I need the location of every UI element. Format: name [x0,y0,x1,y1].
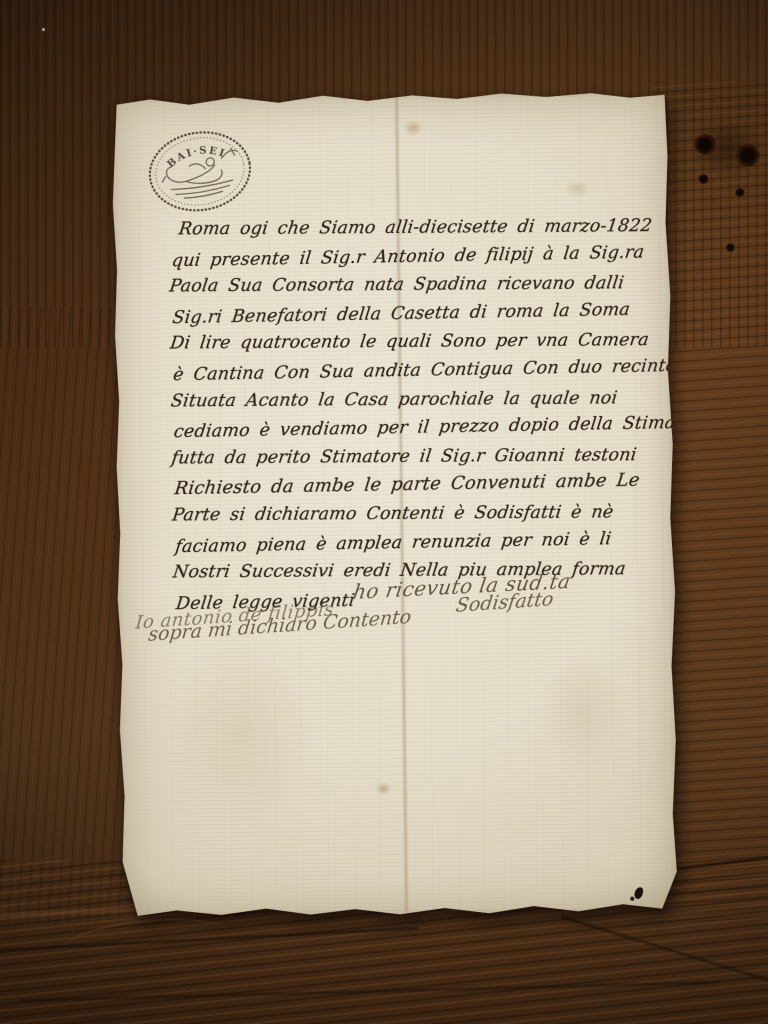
manuscript-sheet: BAI·SEI Roma ogi che Siamo alli-dieciset… [111,91,679,920]
wood-grain-left [0,307,123,921]
foxing-stain [166,635,318,827]
paper-surface: BAI·SEI Roma ogi che Siamo alli-dieciset… [111,91,679,920]
ink-blot [633,886,644,900]
stamp-dotted-ring-inner [151,132,249,211]
wood-knot-hole [694,134,716,155]
wood-white-speck [42,28,45,31]
bai-sei-revenue-stamp: BAI·SEI [135,114,264,228]
photo-of-manuscript-on-table: BAI·SEI Roma ogi che Siamo alli-dieciset… [0,0,768,1024]
foxing-stain [538,651,629,772]
wood-knot-hole [735,188,745,197]
wood-knot-hole [726,243,735,252]
foxing-stain [375,782,391,795]
foxing-stain [403,120,423,136]
stamp-dotted-ring-outer [144,126,255,218]
stamp-denomination-text: BAI·SEI [163,141,229,172]
wood-knot-hole [736,144,760,167]
foxing-stain [564,180,590,198]
manuscript-text-block: Roma ogi che Siamo alli-diecisette di ma… [168,211,659,617]
wood-knot-hole [698,174,709,184]
